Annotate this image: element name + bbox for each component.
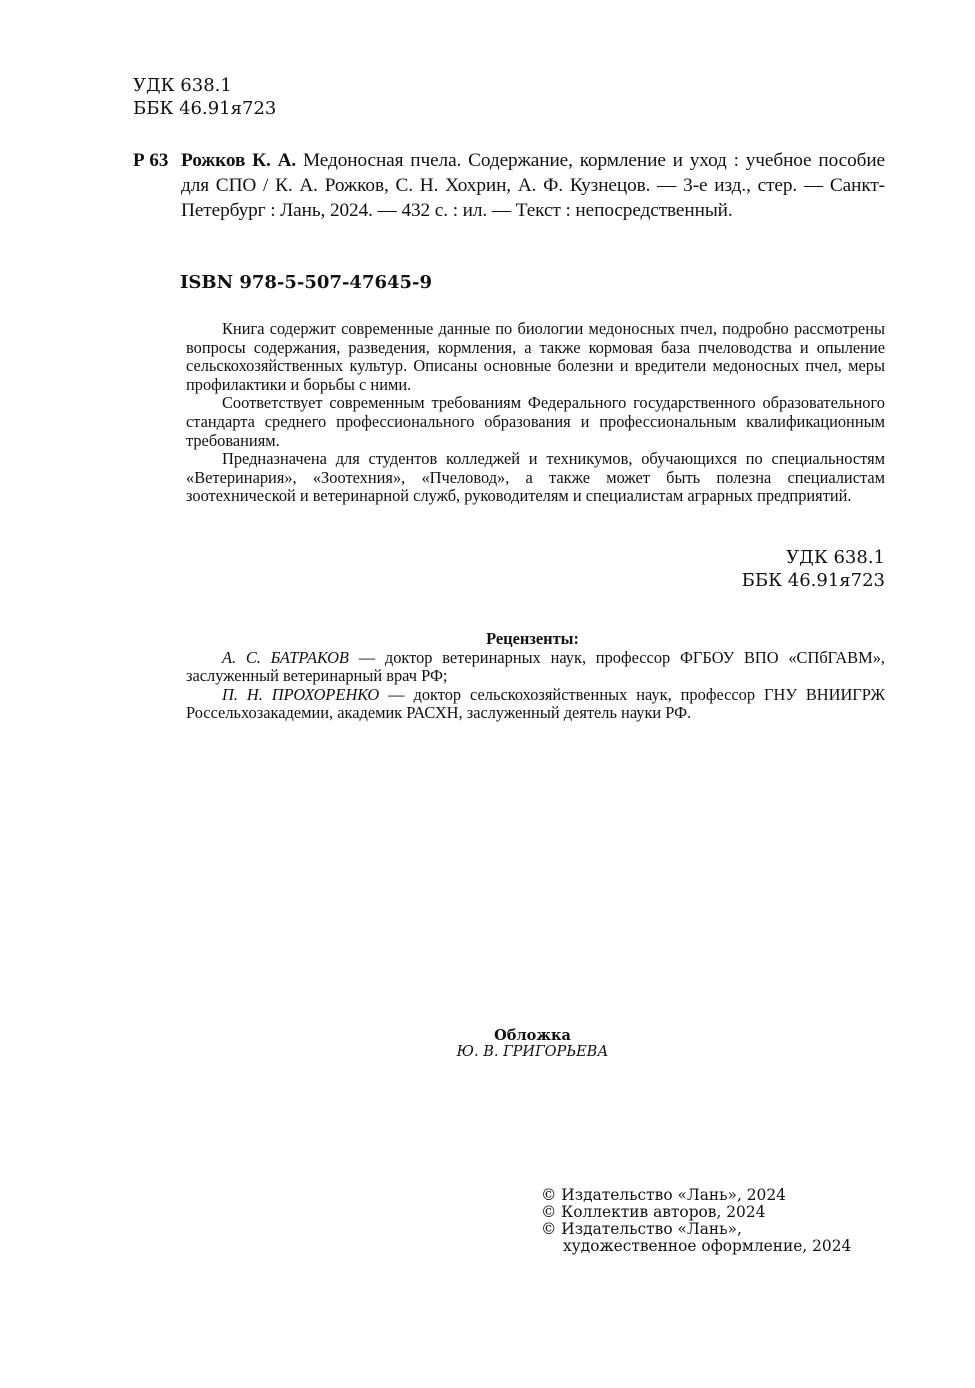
reviewers-heading: Рецензенты:	[180, 630, 885, 649]
bbk-code: ББК 46.91я723	[700, 569, 885, 592]
isbn: ISBN 978-5-507-47645-9	[180, 271, 432, 294]
bbk-code: ББК 46.91я723	[133, 97, 276, 120]
copyright-line: художественное оформление, 2024	[541, 1238, 851, 1255]
bibliographic-entry: Рожков К. А. Медоносная пчела. Содержани…	[181, 148, 885, 223]
udk-classification-bottom: УДК 638.1 ББК 46.91я723	[700, 546, 885, 592]
author-mark: Р 63	[133, 148, 168, 173]
udk-code: УДК 638.1	[133, 74, 276, 97]
copyright-line: © Издательство «Лань»,	[541, 1221, 851, 1238]
reviewer-entry: П. Н. ПРОХОРЕНКО — доктор сельскохозяйст…	[186, 686, 885, 723]
annotation: Книга содержит современные данные по био…	[186, 320, 885, 506]
annotation-paragraph: Книга содержит современные данные по био…	[186, 320, 885, 394]
reviewer-name: П. Н. ПРОХОРЕНКО	[222, 685, 379, 704]
udk-code: УДК 638.1	[700, 546, 885, 569]
udk-classification-top: УДК 638.1 ББК 46.91я723	[133, 74, 276, 120]
copyright-block: © Издательство «Лань», 2024 © Коллектив …	[541, 1187, 851, 1255]
cover-credit: Обложка Ю. В. ГРИГОРЬЕВА	[400, 1027, 665, 1061]
reviewer-entry: А. С. БАТРАКОВ — доктор ветеринарных нау…	[186, 649, 885, 686]
reviewer-name: А. С. БАТРАКОВ	[222, 648, 349, 667]
cover-designer: Ю. В. ГРИГОРЬЕВА	[400, 1044, 665, 1061]
copyright-line: © Коллектив авторов, 2024	[541, 1204, 851, 1221]
annotation-paragraph: Предназначена для студентов колледжей и …	[186, 450, 885, 506]
cover-label: Обложка	[400, 1027, 665, 1044]
bibliographic-record: Р 63 Рожков К. А. Медоносная пчела. Соде…	[133, 148, 885, 223]
reviewers-section: Рецензенты: А. С. БАТРАКОВ — доктор вете…	[186, 630, 885, 723]
copyright-line: © Издательство «Лань», 2024	[541, 1187, 851, 1204]
author-name: Рожков К. А.	[181, 150, 296, 171]
annotation-paragraph: Соответствует современным требованиям Фе…	[186, 394, 885, 450]
